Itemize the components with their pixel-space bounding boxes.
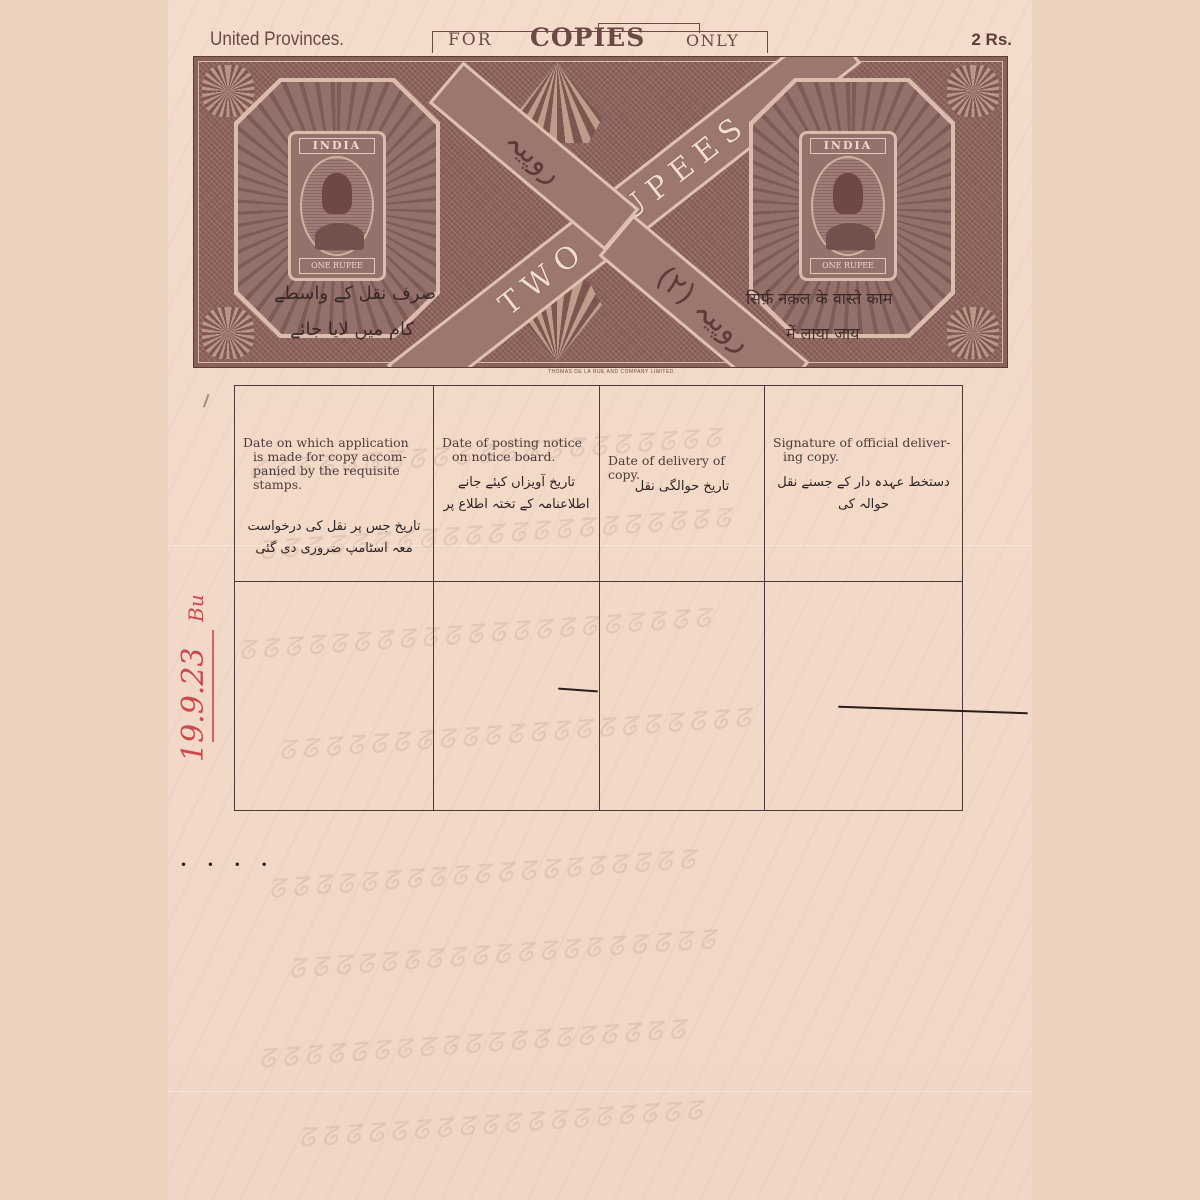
header-urdu: تاریخ آویزاں کیئے جانے اطلاعنامہ کے تختہ… [442, 472, 591, 516]
table-entry-cell[interactable] [600, 582, 765, 810]
margin-date-annotation: 19.9.23 Bu [176, 762, 216, 992]
king-portrait-icon [300, 156, 374, 256]
header-urdu: دستخط عہدہ دار کے جسنے نقل حوالہ کی [773, 472, 954, 516]
header-line: stamps. [243, 478, 425, 492]
margin-date: 19.9.23 [176, 647, 211, 762]
table-entry-cell[interactable] [235, 582, 434, 810]
header-urdu: تاریخ حوالگی نقل [608, 476, 756, 498]
urdu-overprint-line2: کام میں لایا جائے [290, 319, 414, 340]
header-english: Date on which application is made for co… [243, 436, 425, 492]
left-vignette: INDIA ONE RUPEE [288, 131, 386, 281]
margin-initials: Bu [184, 594, 208, 622]
header-line: is made for copy accom- [243, 450, 425, 464]
show-through-handwriting: ᘔᘔᘔᘔᘔᘔᘔᘔᘔᘔᘔᘔᘔᘔᘔᘔᘔᘔᘔ [287, 925, 722, 986]
hindi-overprint-line2: में लाया जाय [786, 322, 859, 344]
header-line: ing copy. [773, 450, 954, 464]
portrait-bust [315, 223, 364, 250]
province-label: United Provinces. [210, 29, 344, 51]
for-label: FOR [448, 30, 493, 50]
portrait-bust [826, 223, 875, 250]
revenue-stamp: TWO RUPEES روپیہ (۲) روپیہ INDIA ONE RUP… [193, 56, 1008, 368]
table-header-cell-application-date: Date on which application is made for co… [235, 386, 434, 582]
corner-ornament-icon [202, 307, 254, 359]
show-through-handwriting: ᘔᘔᘔᘔᘔᘔᘔᘔᘔᘔᘔᘔᘔᘔᘔᘔᘔᘔᘔ [257, 1015, 692, 1076]
show-through-handwriting: ᘔᘔᘔᘔᘔᘔᘔᘔᘔᘔᘔᘔᘔᘔᘔᘔᘔᘔ [297, 1096, 709, 1156]
header-line: Signature of official deliver- [773, 436, 954, 450]
vignette-country: INDIA [810, 138, 886, 154]
table-header-cell-delivery-date: Date of delivery of copy. تاریخ حوالگی ن… [600, 386, 765, 582]
table-entry-cell[interactable] [765, 582, 962, 810]
copy-record-table: Date on which application is made for co… [234, 385, 963, 811]
header-line: panied by the requisite [243, 464, 425, 478]
stamp-value: 2 Rs. [971, 30, 1012, 50]
portrait-head [833, 173, 864, 213]
header-line: Date of posting notice [442, 436, 591, 450]
copies-label: COPIES [530, 23, 645, 52]
header-line: on notice board. [442, 450, 591, 464]
header-urdu: تاریخ جس پر نقل کی درخواست معہ اسٹامپ ضر… [243, 516, 425, 560]
show-through-handwriting: ᘔᘔᘔᘔᘔᘔᘔᘔᘔᘔᘔᘔᘔᘔᘔᘔᘔᘔᘔ [267, 845, 702, 906]
portrait-head [322, 173, 353, 213]
header-english: Date of posting notice on notice board. [442, 436, 591, 464]
vignette-denomination: ONE RUPEE [810, 258, 886, 274]
ink-dots: • • • • [180, 858, 276, 872]
only-label: ONLY [686, 31, 739, 50]
table-header-cell-signature: Signature of official deliver- ing copy.… [765, 386, 962, 582]
header-english: Signature of official deliver- ing copy. [773, 436, 954, 464]
table-entry-cell[interactable] [434, 582, 600, 810]
corner-ornament-icon [947, 307, 999, 359]
right-vignette: INDIA ONE RUPEE [799, 131, 897, 281]
margin-date-underline [212, 630, 214, 742]
paper-fold [168, 1091, 1032, 1092]
stamp-header: United Provinces. FOR COPIES ONLY 2 Rs. [210, 26, 1016, 54]
table-header-cell-notice-date: Date of posting notice on notice board. … [434, 386, 600, 582]
corner-ornament-icon [947, 65, 999, 117]
corner-ornament-icon [202, 65, 254, 117]
header-line: Date on which application [243, 436, 425, 450]
vignette-denomination: ONE RUPEE [299, 258, 375, 274]
vignette-country: INDIA [299, 138, 375, 154]
king-portrait-icon [811, 156, 885, 256]
hindi-overprint-line1: सिर्फ़ नक़ल के वास्ते काम [746, 287, 892, 309]
urdu-overprint-line1: صرف نقل کے واسطے [274, 283, 436, 304]
printer-imprint: THOMAS DE LA RUE AND COMPANY LIMITED. [548, 369, 676, 375]
